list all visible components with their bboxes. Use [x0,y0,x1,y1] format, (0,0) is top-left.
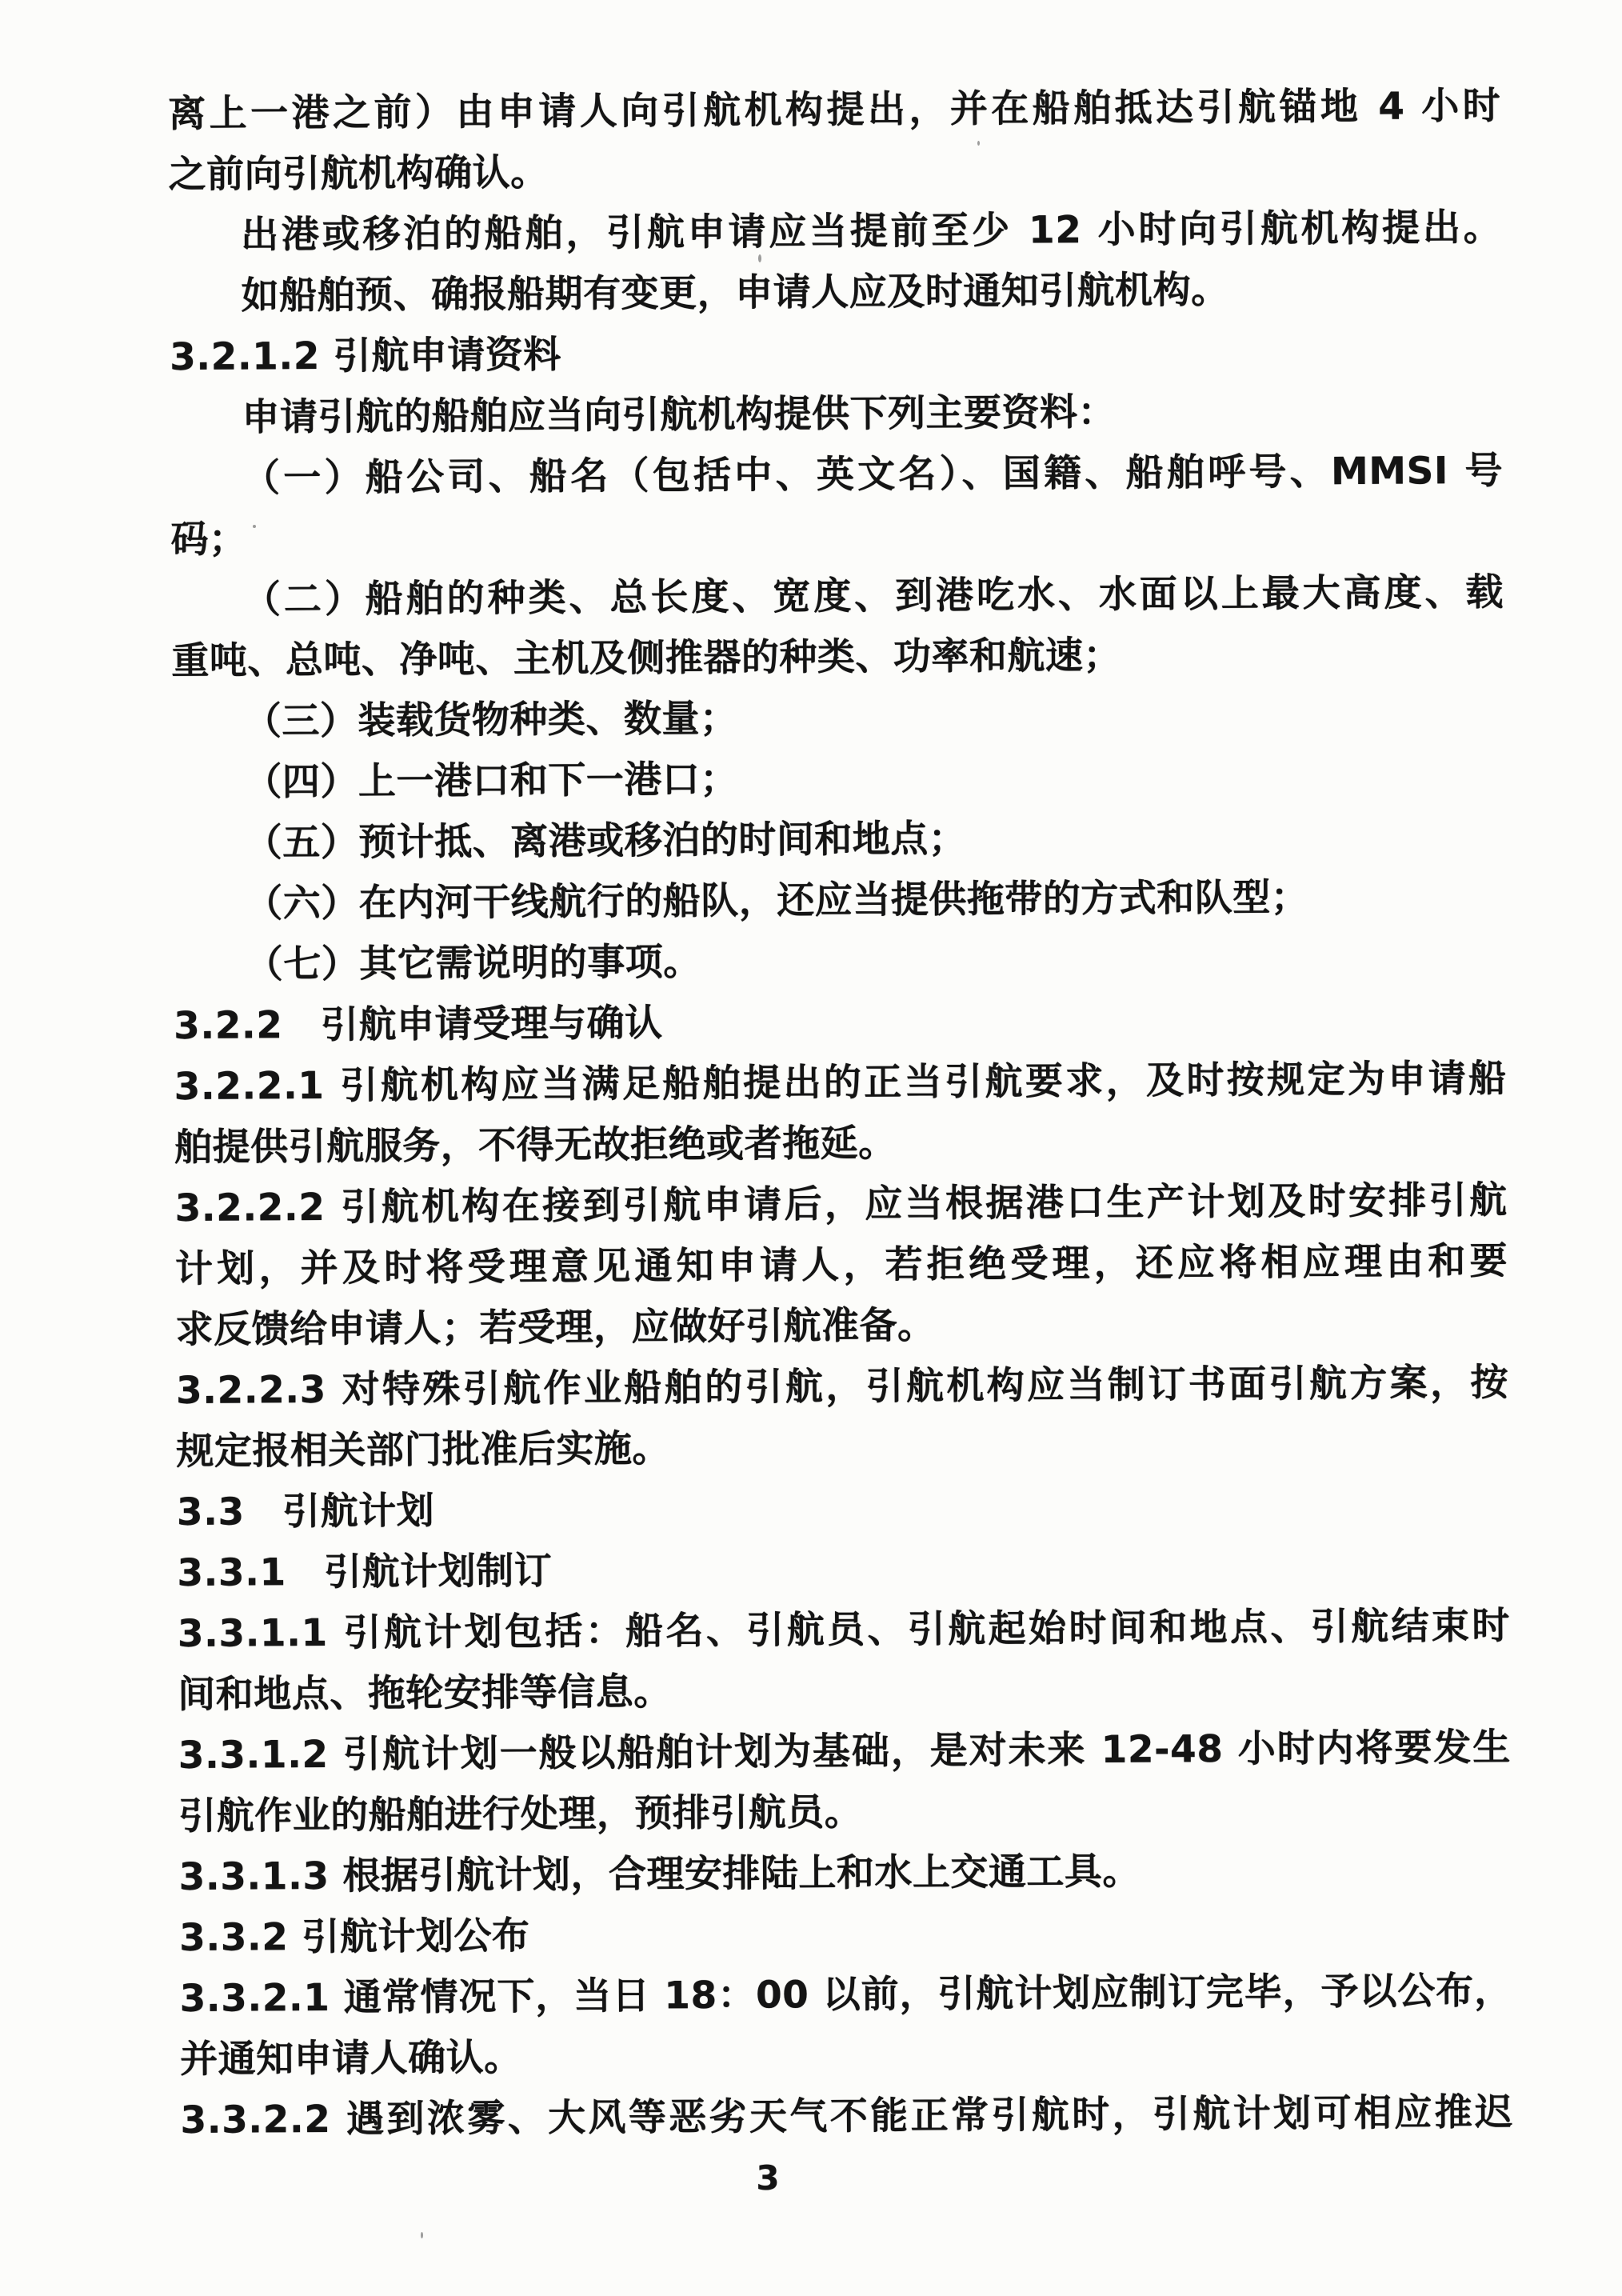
document-line: 3.2.1.2 引航申请资料 [170,319,1502,388]
document-line: （三）装载货物种类、数量； [172,684,1504,753]
document-line: 3.3.1.2 引航计划一般以船舶计划为基础，是对未来 12-48 小时内将要发… [178,1718,1511,1786]
document-line: 申请引航的船舶应当向引航机构提供下列主要资料： [170,380,1502,449]
document-line: 引航作业的船舶进行处理，预排引航员。 [178,1778,1511,1847]
document-line: 求反馈给申请人；若受理，应做好引航准备。 [175,1292,1508,1361]
document-line: 码； [170,502,1503,570]
scan-speck [977,141,980,146]
document-line: 3.3.2.1 通常情况下，当日 18：00 以前，引航计划应制订完毕，予以公布… [179,1961,1512,2030]
document-line: 舶提供引航服务，不得无故拒绝或者拖延。 [174,1110,1507,1178]
document-line: 并通知申请人确认。 [180,2022,1512,2090]
document-line: 出港或移泊的船舶，引航申请应当提前至少 12 小时向引航机构提出。 [169,198,1501,266]
document-line: 规定报相关部门批准后实施。 [176,1414,1508,1482]
document-line: 离上一港之前）由申请人向引航机构提出，并在船舶抵达引航锚地 4 小时 [168,76,1500,145]
document-line: 3.2.2.3 对特殊引航作业船舶的引航，引航机构应当制订书面引航方案，按 [176,1353,1508,1422]
document-line: 3.3.1.3 根据引航计划，合理安排陆上和水上交通工具。 [178,1839,1511,1908]
document-line: 3.2.2 引航申请受理与确认 [174,988,1506,1057]
document-line: 计划，并及时将受理意见通知申请人，若拒绝受理，还应将相应理由和要 [175,1231,1508,1300]
document-line: （六）在内河干线航行的船队，还应当提供拖带的方式和队型； [173,866,1505,935]
document-line: （五）预计抵、离港或移泊的时间和地点； [173,806,1505,874]
document-line: 3.3.1.1 引航计划包括：船名、引航员、引航起始时间和地点、引航结束时 [178,1596,1510,1665]
document-line: （一）船公司、船名（包括中、英文名）、国籍、船舶呼号、MMSI 号 [170,441,1503,510]
document-line: 重吨、总吨、净吨、主机及侧推器的种类、功率和航速； [171,623,1504,692]
document-line: （四）上一港口和下一港口； [172,745,1504,814]
scan-speck [421,2232,423,2238]
document-line: （二）船舶的种类、总长度、宽度、到港吃水、水面以上最大高度、载 [171,562,1504,631]
document-line: 3.3.2 引航计划公布 [179,1900,1512,1969]
document-line: （七）其它需说明的事项。 [174,927,1506,996]
scanned-page: 离上一港之前）由申请人向引航机构提出，并在船舶抵达引航锚地 4 小时之前向引航机… [0,0,1622,2296]
document-line: 3.3.1 引航计划制订 [177,1535,1509,1604]
document-line: 3.3.2.2 遇到浓雾、大风等恶劣天气不能正常引航时，引航计划可相应推迟 [180,2082,1512,2151]
scan-speck [758,254,761,262]
document-line: 间和地点、拖轮安排等信息。 [178,1657,1510,1726]
text-block: 离上一港之前）由申请人向引航机构提出，并在船舶抵达引航锚地 4 小时之前向引航机… [168,76,1513,2151]
document-line: 之前向引航机构确认。 [168,137,1500,206]
document-line: 3.2.2.1 引航机构应当满足船舶提出的正当引航要求，及时按规定为申请船 [174,1049,1506,1118]
document-line: 如船舶预、确报船期有变更，申请人应及时通知引航机构。 [169,258,1501,327]
document-line: 3.2.2.2 引航机构在接到引航申请后，应当根据港口生产计划及时安排引航 [174,1170,1507,1239]
scan-speck [253,525,256,528]
document-line: 3.3 引航计划 [177,1474,1509,1543]
page-number: 3 [744,2158,792,2198]
